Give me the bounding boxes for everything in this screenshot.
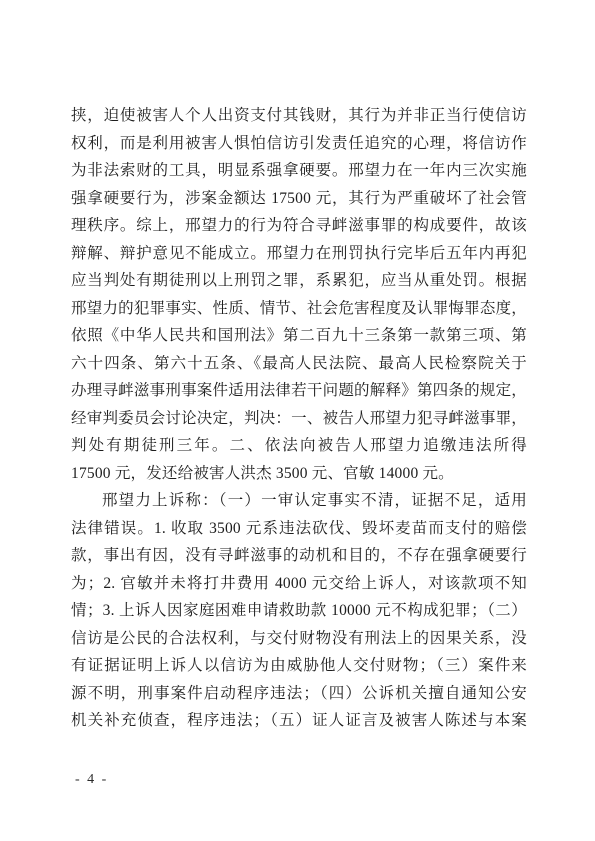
text-line: 依照《中华人民共和国刑法》第二百九十三条第一款第三项、第 — [71, 322, 527, 350]
text-line: 权利，而是利用被害人惧怕信访引发责任追究的心理，将信访作 — [71, 130, 527, 158]
text-line: 经审判委员会讨论决定，判决：一、被告人邢望力犯寻衅滋事罪， — [71, 405, 527, 433]
text-line: 源不明，刑事案件启动程序违法；（四）公诉机关擅自通知公安 — [71, 680, 527, 708]
text-line: 挟，迫使被害人个人出资支付其钱财，其行为并非正当行使信访 — [71, 102, 527, 130]
text-line: 情；3. 上诉人因家庭困难申请救助款 10000 元不构成犯罪；（二） — [71, 597, 527, 625]
text-line: 机关补充侦查，程序违法；（五）证人证言及被害人陈述与本案 — [71, 707, 527, 735]
text-line: 应当判处有期徒刑以上刑罚之罪，系累犯，应当从重处罚。根据 — [71, 267, 527, 295]
text-line: 强拿硬要行为，涉案金额达 17500 元，其行为严重破坏了社会管 — [71, 185, 527, 213]
text-line: 辩解、辩护意见不能成立。邢望力在刑罚执行完毕后五年内再犯 — [71, 240, 527, 268]
text-line: 六十四条、第六十五条、《最高人民法院、最高人民检察院关于 — [71, 350, 527, 378]
document-body: 挟，迫使被害人个人出资支付其钱财，其行为并非正当行使信访权利，而是利用被害人惧怕… — [71, 102, 527, 735]
text-line: 法律错误。1. 收取 3500 元系违法砍伐、毁坏麦苗而支付的赔偿 — [71, 515, 527, 543]
document-page: 挟，迫使被害人个人出资支付其钱财，其行为并非正当行使信访权利，而是利用被害人惧怕… — [0, 0, 595, 841]
text-line: 理秩序。综上，邢望力的行为符合寻衅滋事罪的构成要件，故该 — [71, 212, 527, 240]
text-line: 为非法索财的工具，明显系强拿硬要。邢望力在一年内三次实施 — [71, 157, 527, 185]
text-line: 17500 元，发还给被害人洪杰 3500 元、官敏 14000 元。 — [71, 460, 527, 488]
text-line: 邢望力的犯罪事实、性质、情节、社会危害程度及认罪悔罪态度， — [71, 295, 527, 323]
text-line: 判处有期徒刑三年。二、依法向被告人邢望力追缴违法所得 — [71, 432, 527, 460]
text-line: 有证据证明上诉人以信访为由威胁他人交付财物；（三）案件来 — [71, 652, 527, 680]
text-line: 信访是公民的合法权利，与交付财物没有刑法上的因果关系，没 — [71, 625, 527, 653]
text-line: 邢望力上诉称：（一）一审认定事实不清，证据不足，适用 — [71, 487, 527, 515]
text-line: 办理寻衅滋事刑事案件适用法律若干问题的解释》第四条的规定， — [71, 377, 527, 405]
page-number: - 4 - — [75, 770, 108, 790]
text-line: 款，事出有因，没有寻衅滋事的动机和目的，不存在强拿硬要行 — [71, 542, 527, 570]
text-line: 为；2. 官敏并未将打井费用 4000 元交给上诉人，对该款项不知 — [71, 570, 527, 598]
